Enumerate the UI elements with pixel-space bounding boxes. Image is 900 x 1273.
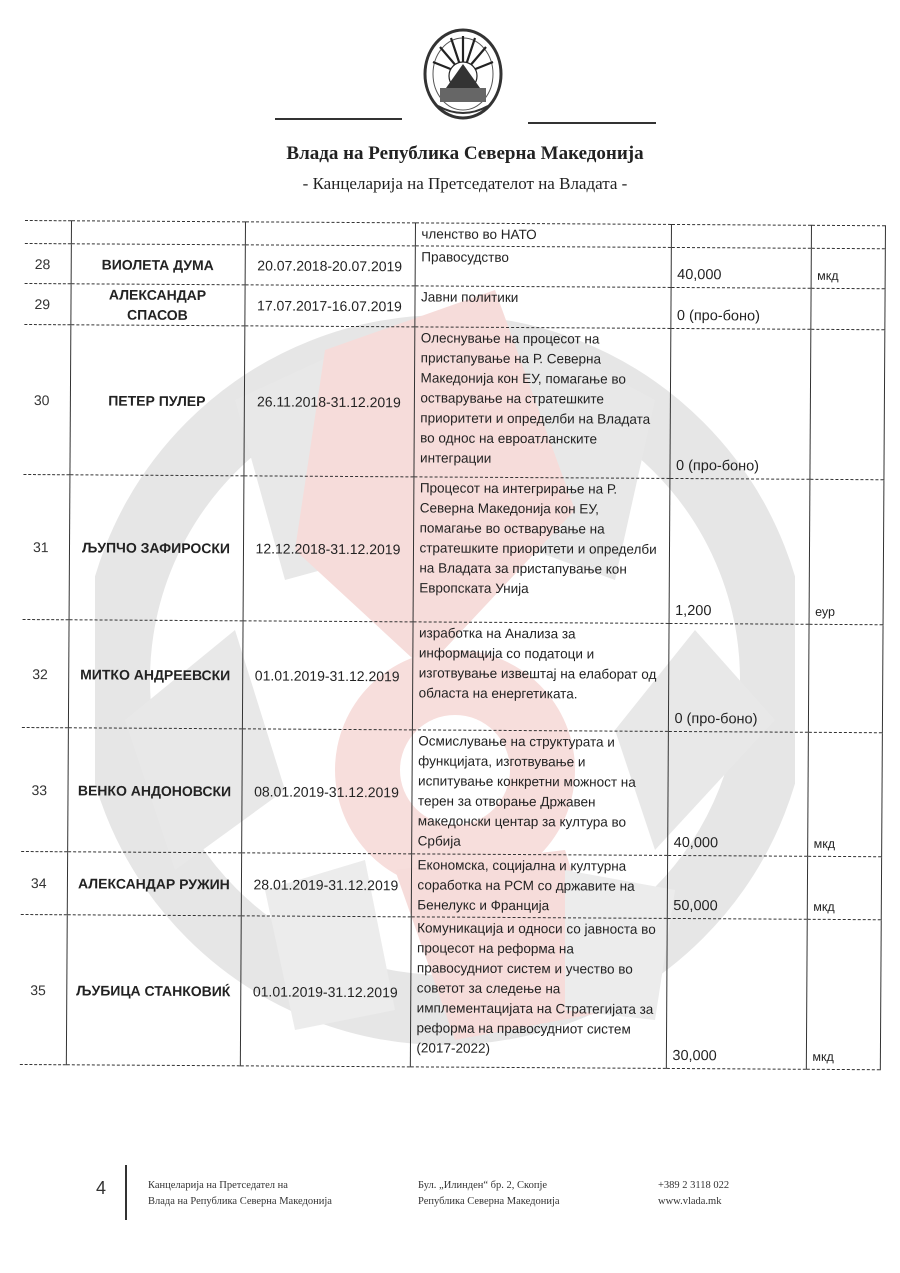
cell-area: Економска, социјална и културна соработк… [411,854,667,919]
cell-period: 12.12.2018-31.12.2019 [243,476,414,622]
cell-period: 26.11.2018-31.12.2019 [243,326,414,477]
cell-period: 28.01.2019-31.12.2019 [241,853,411,917]
cell-period [245,222,415,246]
cell-area: Комуникација и односи со јавноста во про… [410,917,667,1069]
cell-amount: 0 (про-боно) [670,287,810,329]
cell-period: 01.01.2019-31.12.2019 [240,916,411,1067]
footer-website-link[interactable]: www.vlada.mk [658,1194,729,1210]
table-row: 32МИТКО АНДРЕЕВСКИ01.01.2019-31.12.2019и… [22,619,883,732]
cell-name: АЛЕКСАНДАР РУЖИН [67,852,241,916]
footer-office: Канцеларија на Претседател на Влада на Р… [148,1178,332,1210]
organization-title: Влада на Република Северна Македонија [0,143,900,165]
cell-amount: 30,000 [666,918,807,1069]
footer-office-line1: Канцеларија на Претседател на [148,1178,332,1194]
footer-address: Бул. „Илинден“ бр. 2, Скопје Република С… [418,1178,560,1210]
cell-currency [811,225,885,248]
cell-currency [809,329,884,479]
cell-area: Олеснување на процесот на пристапување н… [413,327,670,479]
header-rule-left [275,118,402,120]
cell-area: Процесот на интегрирање на Р. Северна Ма… [413,477,670,624]
cell-number: 32 [22,619,69,727]
cell-period: 01.01.2019-31.12.2019 [242,621,413,730]
table-row: 31ЉУПЧО ЗАФИРОСКИ12.12.2018-31.12.2019Пр… [23,474,884,624]
cell-currency: мкд [807,856,881,919]
cell-name: МИТКО АНДРЕЕВСКИ [68,620,243,729]
cell-area: Јавни политики [414,286,670,329]
cell-area: членство во НАТО [415,223,671,248]
organization-subtitle: - Канцеларија на Претседателот на Владат… [0,174,900,194]
cell-amount: 50,000 [667,855,807,919]
cell-number: 35 [20,914,67,1064]
footer-office-line2: Влада на Република Северна Македонија [148,1194,332,1210]
page-footer: 4 Канцеларија на Претседател на Влада на… [0,1150,900,1230]
cell-number: 34 [21,851,67,914]
cell-number: 33 [21,727,68,851]
cell-area: изработка на Анализа за информација со п… [412,622,669,732]
table-row: 29АЛЕКСАНДАР СПАСОВ17.07.2017-16.07.2019… [24,283,884,329]
footer-address-line1: Бул. „Илинден“ бр. 2, Скопје [418,1178,560,1194]
page-number: 4 [96,1178,106,1199]
cell-amount: 40,000 [667,731,808,856]
cell-number: 29 [24,283,70,324]
cell-currency [810,288,884,329]
table-row: 35ЉУБИЦА СТАНКОВИЌ01.01.2019-31.12.2019К… [20,914,881,1069]
cell-name: ВИОЛЕТА ДУМА [71,244,245,285]
footer-address-line2: Република Северна Македонија [418,1194,560,1210]
cell-currency: мкд [806,919,881,1069]
footer-phone: +389 2 3118 022 [658,1178,729,1194]
table-row: 28ВИОЛЕТА ДУМА20.07.2018-20.07.2019Право… [25,243,885,288]
cell-currency [808,624,883,732]
cell-number: 28 [25,243,71,283]
footer-contact: +389 2 3118 022 www.vlada.mk [658,1178,729,1210]
table-row: 30ПЕТЕР ПУЛЕР26.11.2018-31.12.2019Олесну… [23,324,884,479]
header-rule-right [528,122,656,124]
cell-number: 30 [23,324,70,474]
footer-divider [125,1165,127,1220]
cell-area: Правосудство [415,246,671,288]
cell-period: 20.07.2018-20.07.2019 [245,245,415,286]
cell-name [71,221,245,245]
advisors-table: членство во НАТО 28ВИОЛЕТА ДУМА20.07.201… [20,220,886,1070]
cell-number [25,220,71,243]
cell-name: ЉУБИЦА СТАНКОВИЌ [66,915,241,1066]
cell-area: Осмислување на структурата и функцијата,… [411,730,668,856]
cell-currency: мкд [807,732,882,856]
cell-amount: 0 (про-боно) [668,623,809,732]
cell-period: 08.01.2019-31.12.2019 [241,729,412,854]
cell-currency: еур [809,479,884,624]
cell-amount: 1,200 [669,478,810,624]
cell-name: ЉУПЧО ЗАФИРОСКИ [69,475,244,621]
cell-currency: мкд [811,248,885,288]
table-row: 33ВЕНКО АНДОНОВСКИ08.01.2019-31.12.2019О… [21,727,882,856]
cell-amount: 0 (про-боно) [669,328,810,479]
cell-name: ПЕТЕР ПУЛЕР [69,325,244,476]
cell-period: 17.07.2017-16.07.2019 [244,285,414,327]
cell-name: АЛЕКСАНДАР СПАСОВ [70,284,244,326]
coat-of-arms-icon [418,22,508,122]
cell-amount [671,224,811,248]
cell-amount: 40,000 [671,247,811,288]
cell-number: 31 [23,474,70,619]
cell-name: ВЕНКО АНДОНОВСКИ [67,728,242,853]
table-row: 34АЛЕКСАНДАР РУЖИН28.01.2019-31.12.2019Е… [21,851,881,919]
